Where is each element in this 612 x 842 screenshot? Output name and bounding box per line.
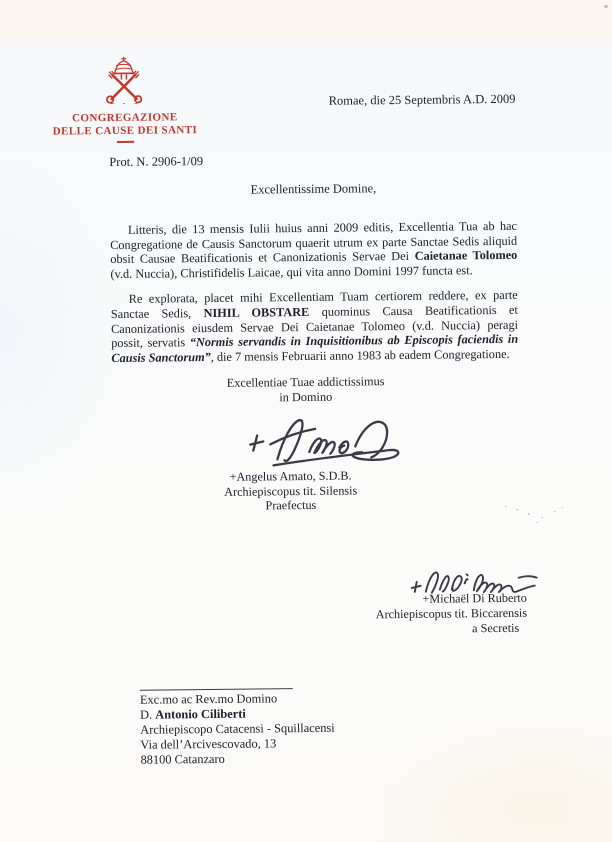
scan-speck	[541, 517, 543, 518]
date-line: Romae, die 25 Septembris A.D. 2009	[329, 92, 516, 109]
paragraph-1-text-end: (v.d. Nuccia), Christifidelis Laicae, qu…	[110, 263, 472, 281]
paragraph-2-text-end: , die 7 mensis Februarii anno 1983 ab ea…	[211, 347, 510, 364]
servant-of-god-name: Caietanae Tolomeo	[415, 248, 518, 263]
letterhead-congregation-line2: DELLE CAUSE DEI SANTI	[39, 124, 211, 139]
amato-handwritten-signature	[243, 412, 419, 471]
letterhead-divider	[117, 141, 134, 143]
scan-speck	[561, 507, 563, 508]
scan-speck	[553, 511, 556, 512]
papal-tiara-crossed-keys-icon	[101, 56, 147, 104]
recipient-name-prefix: D.	[140, 708, 155, 722]
letter-content: CONGREGAZIONE DELLE CAUSE DEI SANTI Prot…	[0, 0, 612, 842]
scan-speck	[505, 506, 507, 507]
recipient-city: 88100 Catanzaro	[140, 750, 400, 768]
scan-speck	[528, 513, 530, 515]
scanned-letter-page: CONGREGAZIONE DELLE CAUSE DEI SANTI Prot…	[0, 0, 612, 842]
nihil-obstare-declaration: NIHIL OBSTARE	[203, 305, 309, 320]
signatory-role-di-ruberto: a Secretis	[322, 621, 527, 638]
closing-line1: Excellentiae Tuae addictissimus	[200, 374, 412, 391]
protocol-number: Prot. N. 2906-1/09	[109, 154, 203, 170]
closing-line2: in Domino	[200, 389, 412, 406]
letter-body: Litteris, die 13 mensis Iulii huius anni…	[110, 219, 518, 366]
paragraph-2: Re explorata, placet mihi Excellentiam T…	[111, 288, 519, 366]
scan-speck	[516, 509, 519, 510]
letterhead: CONGREGAZIONE DELLE CAUSE DEI SANTI	[39, 111, 211, 144]
scan-speck	[536, 522, 538, 523]
closing-formula: Excellentiae Tuae addictissimus in Domin…	[200, 374, 412, 406]
recipient-address-block: Exc.mo ac Rev.mo Domino D. Antonio Cilib…	[140, 687, 401, 768]
signatory-role-amato: Praefectus	[191, 497, 391, 514]
signature-block-amato: +Angelus Amato, S.D.B. Archiepiscopus ti…	[191, 468, 391, 514]
scan-speck	[604, 5, 608, 8]
signature-block-di-ruberto: +Michaël Di Ruberto Archiepiscopus tit. …	[322, 591, 527, 639]
recipient-name: Antonio Ciliberti	[155, 707, 246, 722]
salutation: Excellentissime Domine,	[251, 181, 377, 197]
paragraph-1: Litteris, die 13 mensis Iulii huius anni…	[110, 219, 518, 282]
recipient-rule	[140, 688, 293, 691]
